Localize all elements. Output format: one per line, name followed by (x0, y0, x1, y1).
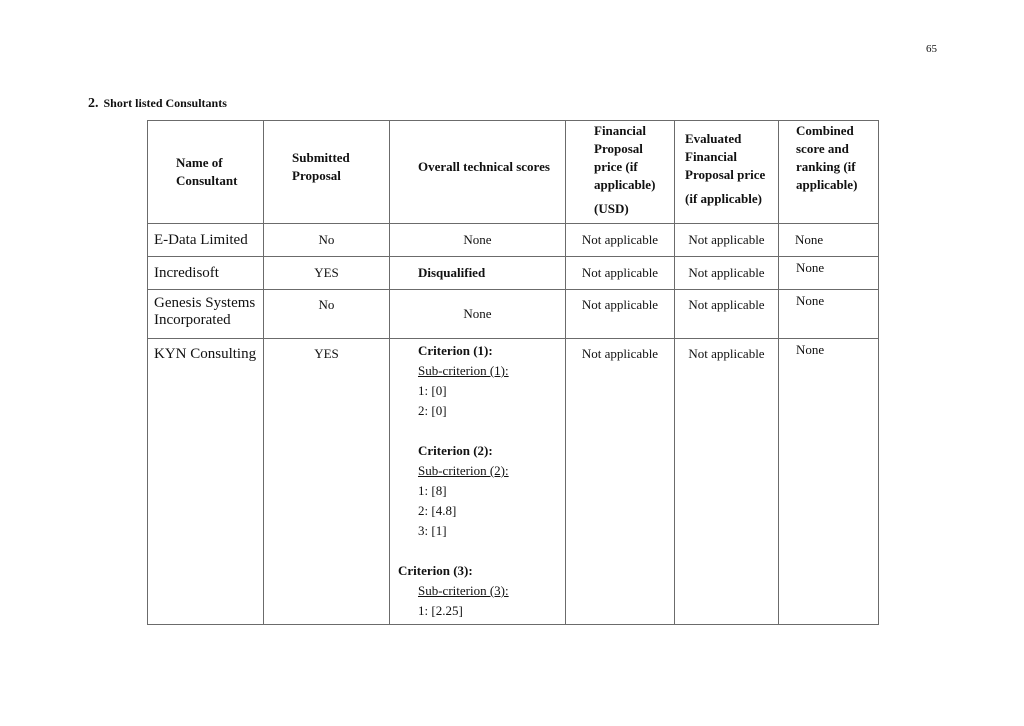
header-text: Financial (594, 122, 674, 140)
page-number: 65 (926, 43, 937, 55)
header-text: (USD) (594, 200, 674, 218)
evaluated-cell: Not applicable (675, 290, 779, 339)
combined-cell: None (779, 224, 879, 257)
submitted-cell: No (264, 224, 390, 257)
section-heading: 2.Short listed Consultants (88, 96, 227, 112)
header-text: Name of (176, 154, 263, 172)
header-text: Combined (796, 122, 878, 140)
table-row: Genesis Systems Incorporated No None Not… (148, 290, 879, 339)
criterion-3-title: Criterion (3): (390, 561, 565, 581)
header-text: ranking (if (796, 158, 878, 176)
header-evaluated: Evaluated Financial Proposal price (if a… (675, 121, 779, 224)
score-line: 2: [0] (390, 401, 565, 421)
header-name: Name of Consultant (148, 121, 264, 224)
header-text: Proposal (292, 167, 389, 185)
header-text: (if applicable) (685, 190, 778, 208)
header-text: Submitted (292, 149, 389, 167)
header-text: applicable) (796, 176, 878, 194)
consultants-table: Name of Consultant Submitted Proposal Ov… (147, 120, 879, 625)
financial-cell: Not applicable (566, 290, 675, 339)
header-combined: Combined score and ranking (if applicabl… (779, 121, 879, 224)
criterion-2-title: Criterion (2): (390, 441, 565, 461)
header-technical: Overall technical scores (390, 121, 566, 224)
evaluated-cell: Not applicable (675, 257, 779, 290)
header-submitted: Submitted Proposal (264, 121, 390, 224)
submitted-cell: YES (264, 257, 390, 290)
consultant-name: E-Data Limited (148, 224, 264, 257)
submitted-cell: YES (264, 339, 390, 625)
score-line: 1: [8] (390, 481, 565, 501)
header-text: Proposal (594, 140, 674, 158)
consultant-name: Genesis Systems Incorporated (148, 290, 264, 339)
name-line: Incorporated (154, 312, 263, 329)
score-line: 1: [0] (390, 381, 565, 401)
header-row: Name of Consultant Submitted Proposal Ov… (148, 121, 879, 224)
score-line: 1: [2.25] (390, 601, 565, 621)
header-text: Proposal price (685, 166, 778, 184)
technical-cell: None (390, 224, 566, 257)
section-title: Short listed Consultants (104, 96, 227, 110)
consultant-name: Incredisoft (148, 257, 264, 290)
financial-cell: Not applicable (566, 339, 675, 625)
evaluated-cell: Not applicable (675, 224, 779, 257)
sub-criterion-2: Sub-criterion (2): (390, 461, 565, 481)
sub-criterion-3: Sub-criterion (3): (390, 581, 565, 601)
header-financial: Financial Proposal price (if applicable)… (566, 121, 675, 224)
header-text: price (if (594, 158, 674, 176)
technical-cell: None (390, 290, 566, 339)
financial-cell: Not applicable (566, 257, 675, 290)
header-text: Overall technical scores (418, 158, 565, 176)
section-number: 2. (88, 96, 99, 111)
header-text: applicable) (594, 176, 674, 194)
criterion-1-title: Criterion (1): (390, 341, 565, 361)
header-text: score and (796, 140, 878, 158)
table-row: Incredisoft YES Disqualified Not applica… (148, 257, 879, 290)
header-text: Consultant (176, 172, 263, 190)
evaluated-cell: Not applicable (675, 339, 779, 625)
table-row: E-Data Limited No None Not applicable No… (148, 224, 879, 257)
score-line: 2: [4.8] (390, 501, 565, 521)
sub-criterion-1: Sub-criterion (1): (390, 361, 565, 381)
submitted-cell: No (264, 290, 390, 339)
technical-cell: Disqualified (390, 257, 566, 290)
table-row: KYN Consulting YES Criterion (1): Sub-cr… (148, 339, 879, 625)
combined-cell: None (779, 257, 879, 290)
combined-cell: None (779, 339, 879, 625)
combined-cell: None (779, 290, 879, 339)
header-text: Evaluated (685, 130, 778, 148)
score-line: 3: [1] (390, 521, 565, 541)
header-text: Financial (685, 148, 778, 166)
consultant-name: KYN Consulting (148, 339, 264, 625)
name-line: Genesis Systems (154, 295, 263, 312)
technical-scores-cell: Criterion (1): Sub-criterion (1): 1: [0]… (390, 339, 566, 625)
financial-cell: Not applicable (566, 224, 675, 257)
